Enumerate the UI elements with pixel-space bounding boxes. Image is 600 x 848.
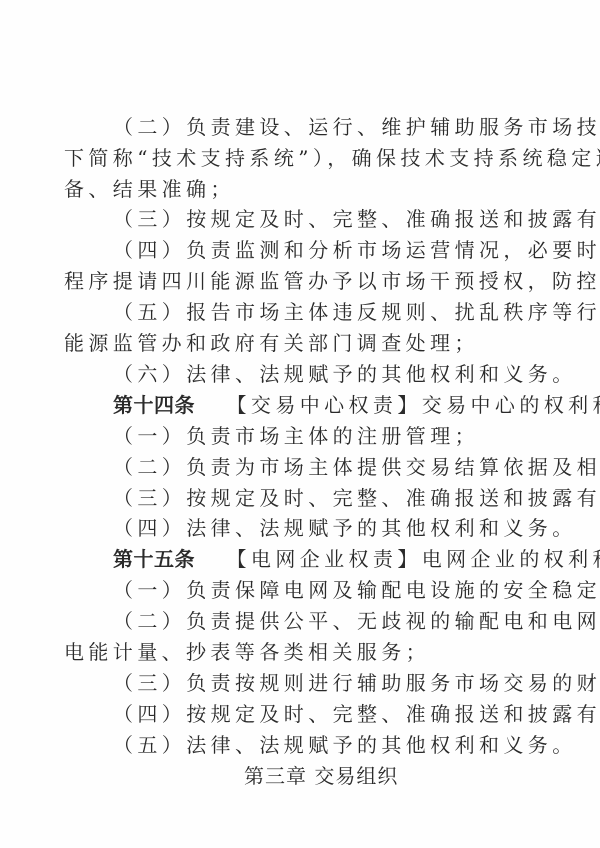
article-14-item: （一）负责市场主体的注册管理； [113,423,479,449]
document-page: （二）负责建设、运行、维护辅助服务市场技术支持系统（以 下简称“技术支持系统”）… [0,0,600,848]
paragraph-line: 程序提请四川能源监管办予以市场干预授权，防控市场风险； [64,268,600,294]
paragraph-line: 能源监管办和政府有关部门调查处理； [64,330,479,356]
article-15-item: （五）法律、法规赋予的其他权利和义务。 [113,732,577,758]
paragraph-line: （四）负责监测和分析市场运营情况，必要时可按相关规定 [113,237,600,263]
article-14-item: （三）按规定及时、完整、准确报送和披露有关信息； [113,485,600,511]
paragraph-line: 备、结果准确； [64,176,235,202]
article-15-number: 第十五条 [113,547,195,571]
article-15-heading: 第十五条 【电网企业权责】电网企业的权利和义务。 [113,546,600,572]
paragraph-line: 下简称“技术支持系统”），确保技术支持系统稳定运行、功能完 [64,145,600,171]
article-14-title: 【交易中心权责】交易中心的权利和义务。 [227,393,600,417]
paragraph-line: （五）报告市场主体违反规则、扰乱秩序等行为，配合四川 [113,299,600,325]
paragraph-line: （二）负责建设、运行、维护辅助服务市场技术支持系统（以 [113,114,600,140]
article-15-item: （四）按规定及时、完整、准确报送和披露有关信息； [113,701,600,727]
article-14-item: （四）法律、法规赋予的其他权利和义务。 [113,515,577,541]
article-15-item: （三）负责按规则进行辅助服务市场交易的财务结算； [113,670,600,696]
article-15-item: 电能计量、抄表等各类相关服务； [64,639,430,665]
article-15-title: 【电网企业权责】电网企业的权利和义务。 [227,547,600,571]
article-14-item: （二）负责为市场主体提供交易结算依据及相关服务； [113,454,600,480]
paragraph-line: （六）法律、法规赋予的其他权利和义务。 [113,361,577,387]
article-15-item: （二）负责提供公平、无歧视的输配电和电网接入服务以及 [113,608,600,634]
chapter-heading: 第三章 交易组织 [244,763,398,789]
article-14-heading: 第十四条 【交易中心权责】交易中心的权利和义务。 [113,392,600,418]
article-15-item: （一）负责保障电网及输配电设施的安全稳定运行； [113,577,600,603]
article-14-number: 第十四条 [113,393,195,417]
paragraph-line: （三）按规定及时、完整、准确报送和披露有关信息； [113,206,600,232]
